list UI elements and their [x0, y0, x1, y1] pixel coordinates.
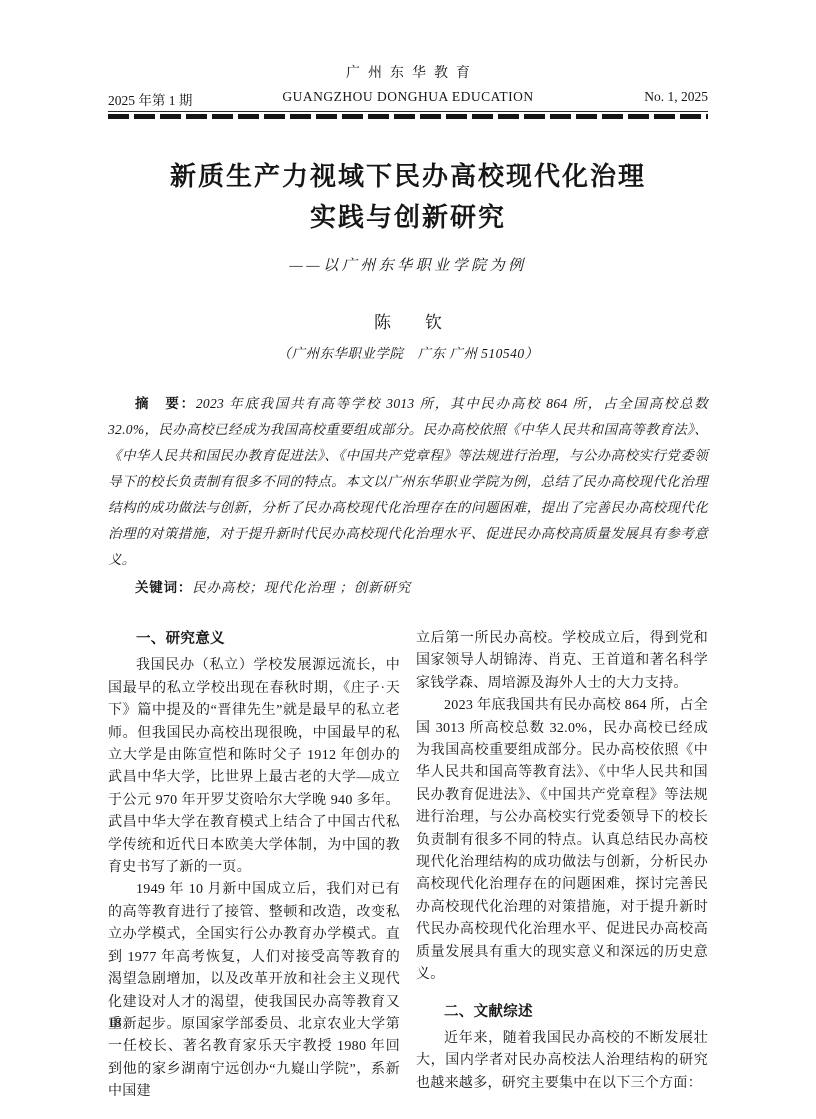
section-heading: 二、文献综述	[416, 1001, 708, 1023]
page-content: 广州东华教育 GUANGZHOU DONGHUA EDUCATION 2025 …	[108, 0, 708, 1104]
right-column: 立后第一所民办高校。学校成立后，得到党和国家领导人胡锦涛、肖克、王首道和著名科学…	[416, 628, 708, 1104]
header-dashed-rule	[108, 114, 708, 119]
keywords-label: 关键词：	[135, 580, 192, 595]
author-name: 陈 钦	[108, 308, 708, 333]
abstract-text: 2023 年底我国共有高等学校 3013 所，其中民办高校 864 所，占全国高…	[108, 396, 708, 567]
left-column: 一、研究意义我国民办（私立）学校发展源远流长，中国最早的私立学校出现在春秋时期，…	[108, 628, 400, 1104]
author-affiliation: （广州东华职业学院 广东 广州 510540）	[108, 342, 708, 362]
body-paragraph: 近年来，随着我国民办高校的不断发展壮大，国内学者对民办高校法人治理结构的研究也越…	[416, 1028, 708, 1095]
header-thin-rule	[108, 111, 708, 112]
section-heading: 一、研究意义	[108, 628, 400, 650]
abstract: 摘 要：2023 年底我国共有高等学校 3013 所，其中民办高校 864 所，…	[108, 391, 708, 573]
article-title-line2: 实践与创新研究	[108, 197, 708, 238]
page-number: 18	[108, 1015, 122, 1031]
issue-label-en: No. 1, 2025	[644, 89, 708, 105]
issue-label-cn: 2025 年第 1 期	[108, 89, 192, 109]
article-title: 新质生产力视域下民办高校现代化治理 实践与创新研究	[108, 156, 708, 238]
keywords-text: 民办高校；现代化治理 ；创新研究	[192, 580, 411, 595]
article-title-line1: 新质生产力视域下民办高校现代化治理	[108, 156, 708, 197]
body-paragraph: 立后第一所民办高校。学校成立后，得到党和国家领导人胡锦涛、肖克、王首道和著名科学…	[416, 628, 708, 695]
journal-page: 广州东华教育 GUANGZHOU DONGHUA EDUCATION 2025 …	[0, 0, 816, 1119]
body-columns: 一、研究意义我国民办（私立）学校发展源远流长，中国最早的私立学校出现在春秋时期，…	[108, 628, 708, 1104]
journal-header: 广州东华教育 GUANGZHOU DONGHUA EDUCATION 2025 …	[108, 62, 708, 119]
body-paragraph: 我国民办（私立）学校发展源远流长，中国最早的私立学校出现在春秋时期，《庄子·天下…	[108, 655, 400, 879]
body-paragraph: 2023 年底我国共有民办高校 864 所，占全国 3013 所高校总数 32.…	[416, 695, 708, 986]
journal-header-row: GUANGZHOU DONGHUA EDUCATION 2025 年第 1 期 …	[108, 89, 708, 106]
abstract-label: 摘 要：	[135, 396, 196, 411]
body-paragraph: 1949 年 10 月新中国成立后，我们对已有的高等教育进行了接管、整顿和改造，…	[108, 879, 400, 1103]
article-subtitle: ——以广州东华职业学院为例	[108, 254, 708, 275]
journal-masthead-cn: 广州东华教育	[108, 62, 708, 82]
keywords: 关键词：民办高校；现代化治理 ；创新研究	[108, 575, 708, 601]
journal-masthead-en: GUANGZHOU DONGHUA EDUCATION	[108, 89, 708, 105]
